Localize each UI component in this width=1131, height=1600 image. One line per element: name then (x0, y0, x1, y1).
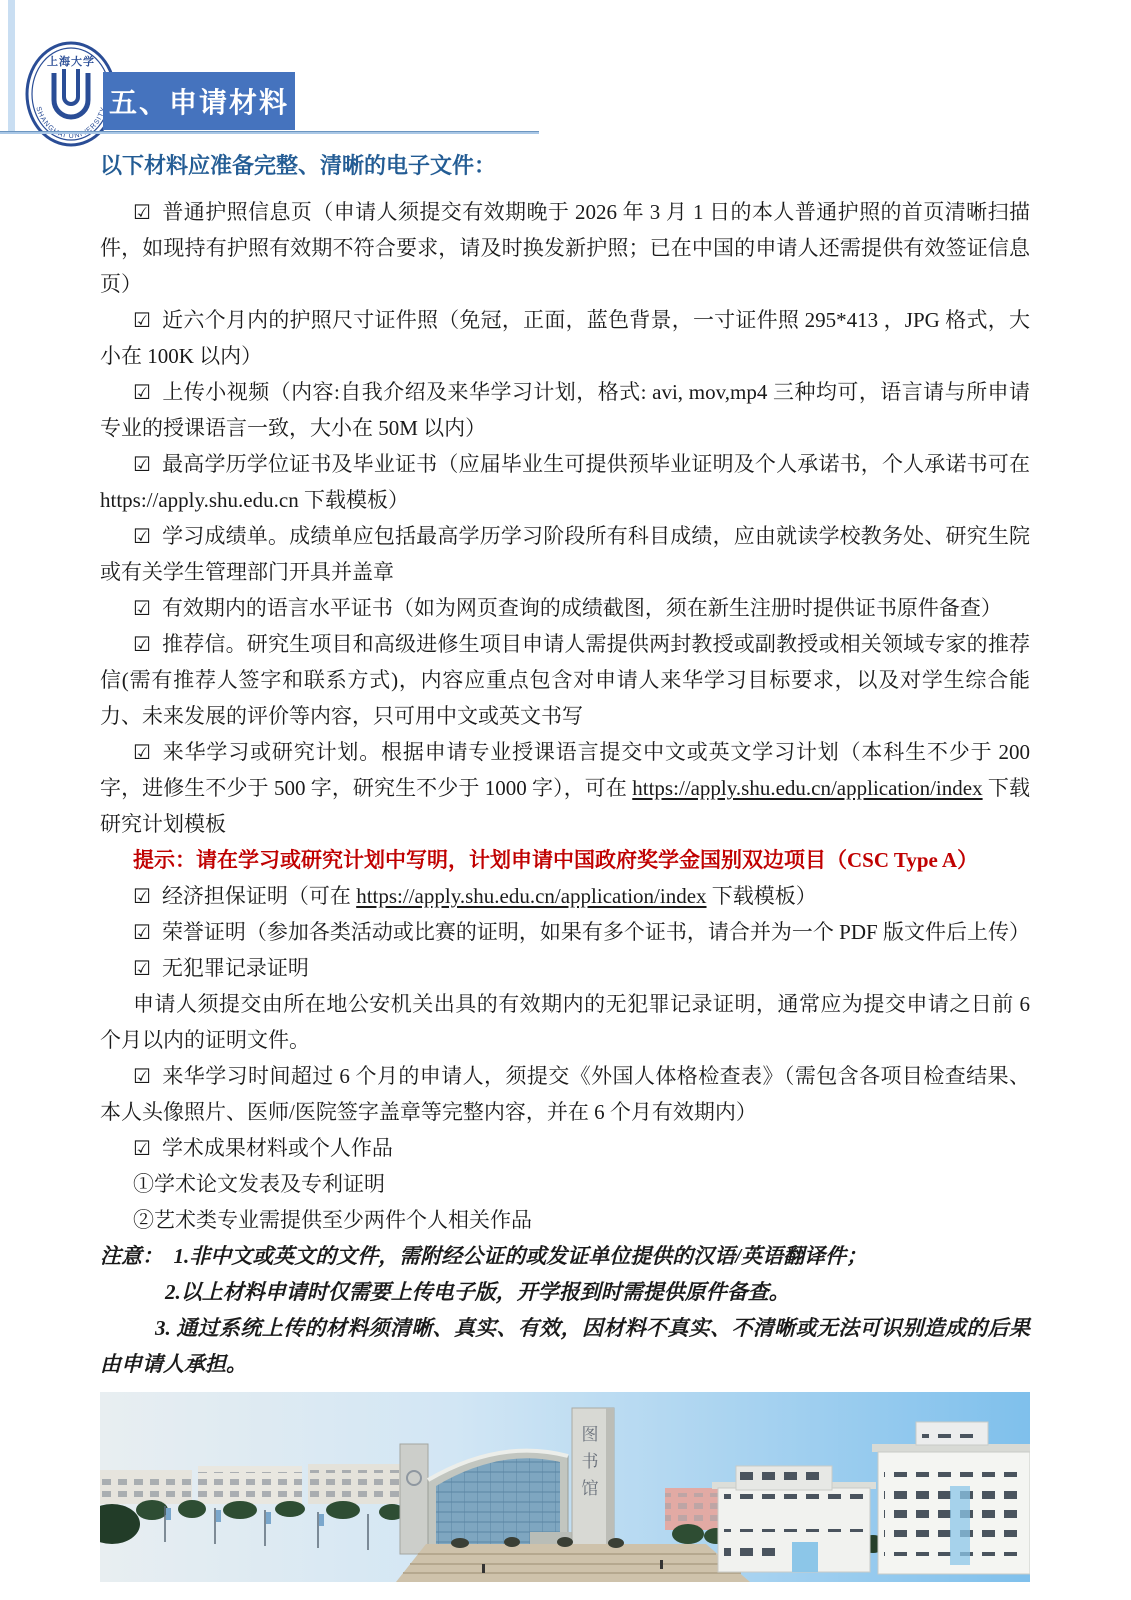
sub-item: ①学术论文发表及专利证明 (100, 1166, 1030, 1202)
left-accent-bar (8, 0, 15, 131)
checkbox-icon: ☑ (133, 452, 151, 476)
checklist-item: ☑学习成绩单。成绩单应包括最高学历学习阶段所有科目成绩，应由就读学校教务处、研究… (100, 518, 1030, 590)
checkbox-icon: ☑ (133, 632, 151, 656)
document-page: 上海大学 SHANGHAI UNIVERSITY 五、申请材料 以下材料应准备完… (0, 0, 1131, 1600)
checklist-item: ☑来华学习或研究计划。根据申请专业授课语言提交中文或英文学习计划（本科生不少于 … (100, 734, 1030, 842)
note-paragraph: 申请人须提交由所在地公安机关出具的有效期内的无犯罪记录证明，通常应为提交申请之日… (100, 986, 1030, 1058)
checkbox-icon: ☑ (133, 920, 151, 944)
seal-top-text: 上海大学 (47, 54, 95, 68)
header-divider (0, 131, 539, 134)
checklist-item: ☑无犯罪记录证明 (100, 950, 1030, 986)
note-line: 2.以上材料申请时仅需要上传电子版，开学报到时需提供原件备查。 (100, 1274, 1030, 1310)
dorm-buildings-left (100, 1464, 426, 1504)
checklist-item: ☑来华学习时间超过 6 个月的申请人，须提交《外国人体格检查表》（需包含各项目检… (100, 1058, 1030, 1130)
notes-block: 注意： 1.非中文或英文的文件，需附经公证的或发证单位提供的汉语/英语翻译件；2… (100, 1238, 1030, 1382)
text-run: 申请人须提交由所在地公安机关出具的有效期内的无犯罪记录证明，通常应为提交申请之日… (100, 992, 1030, 1052)
checkbox-icon: ☑ (133, 956, 151, 980)
text-run: 有效期内的语言水平证书（如为网页查询的成绩截图，须在新生注册时提供证书原件备查） (162, 596, 1002, 620)
text-run: 推荐信。研究生项目和高级进修生项目申请人需提供两封教授或副教授或相关领域专家的推… (100, 632, 1030, 728)
checkbox-icon: ☑ (133, 308, 151, 332)
document-content: 以下材料应准备完整、清晰的电子文件： ☑普通护照信息页（申请人须提交有效期晚于 … (100, 148, 1030, 1382)
checkbox-icon: ☑ (133, 740, 151, 764)
checklist: ☑普通护照信息页（申请人须提交有效期晚于 2026 年 3 月 1 日的本人普通… (100, 194, 1030, 1238)
checklist-item: ☑近六个月内的护照尺寸证件照（免冠，正面，蓝色背景，一寸证件照 295*413 … (100, 302, 1030, 374)
text-run: 荣誉证明（参加各类活动或比赛的证明，如果有多个证书，请合并为一个 PDF 版文件… (162, 920, 1030, 944)
text-run: 学习成绩单。成绩单应包括最高学历学习阶段所有科目成绩，应由就读学校教务处、研究生… (100, 524, 1030, 584)
intro-heading: 以下材料应准备完整、清晰的电子文件： (100, 148, 1030, 184)
checkbox-icon: ☑ (133, 1064, 151, 1088)
checklist-item: ☑上传小视频（内容:自我介绍及来华学习计划，格式: avi, mov,mp4 三… (100, 374, 1030, 446)
text-run: 最高学历学位证书及毕业证书（应届毕业生可提供预毕业证明及个人承诺书，个人承诺书可… (100, 452, 1030, 512)
checkbox-icon: ☑ (133, 380, 151, 404)
checklist-item: ☑荣誉证明（参加各类活动或比赛的证明，如果有多个证书，请合并为一个 PDF 版文… (100, 914, 1030, 950)
url-link[interactable]: https://apply.shu.edu.cn/application/ind… (632, 776, 982, 800)
text-run: 来华学习时间超过 6 个月的申请人，须提交《外国人体格检查表》（需包含各项目检查… (100, 1064, 1030, 1124)
checklist-item: ☑推荐信。研究生项目和高级进修生项目申请人需提供两封教授或副教授或相关领域专家的… (100, 626, 1030, 734)
checkbox-icon: ☑ (133, 596, 151, 620)
campus-photo: 图书馆 (100, 1392, 1030, 1582)
section-title: 五、申请材料 (109, 81, 289, 121)
checkbox-icon: ☑ (133, 200, 151, 224)
url-link[interactable]: https://apply.shu.edu.cn/application/ind… (356, 884, 706, 908)
checkbox-icon: ☑ (133, 524, 151, 548)
library-sign-text: 图书馆 (582, 1425, 599, 1498)
tip-line: 提示：请在学习或研究计划中写明，计划申请中国政府奖学金国别双边项目（CSC Ty… (100, 842, 1030, 878)
text-run: 学术成果材料或个人作品 (162, 1136, 393, 1160)
checklist-item: ☑有效期内的语言水平证书（如为网页查询的成绩截图，须在新生注册时提供证书原件备查… (100, 590, 1030, 626)
text-run: ①学术论文发表及专利证明 (133, 1172, 385, 1196)
checklist-item: ☑普通护照信息页（申请人须提交有效期晚于 2026 年 3 月 1 日的本人普通… (100, 194, 1030, 302)
section-banner: 五、申请材料 (103, 72, 295, 130)
text-run: 普通护照信息页（申请人须提交有效期晚于 2026 年 3 月 1 日的本人普通护… (100, 200, 1030, 296)
checkbox-icon: ☑ (133, 1136, 151, 1160)
text-run: 上传小视频（内容:自我介绍及来华学习计划，格式: avi, mov,mp4 三种… (100, 380, 1030, 440)
sub-item: ②艺术类专业需提供至少两件个人相关作品 (100, 1202, 1030, 1238)
text-run: 无犯罪记录证明 (162, 956, 309, 980)
checklist-item: ☑最高学历学位证书及毕业证书（应届毕业生可提供预毕业证明及个人承诺书，个人承诺书… (100, 446, 1030, 518)
checklist-item: ☑学术成果材料或个人作品 (100, 1130, 1030, 1166)
text-run: 近六个月内的护照尺寸证件照（免冠，正面，蓝色背景，一寸证件照 295*413 ，… (100, 308, 1030, 368)
checkbox-icon: ☑ (133, 884, 151, 908)
note-line: 注意： 1.非中文或英文的文件，需附经公证的或发证单位提供的汉语/英语翻译件； (100, 1238, 1030, 1274)
text-run: 经济担保证明（可在 (162, 884, 356, 908)
text-run: 下载模板） (707, 884, 817, 908)
text-run: ②艺术类专业需提供至少两件个人相关作品 (133, 1208, 532, 1232)
checklist-item: ☑经济担保证明（可在 https://apply.shu.edu.cn/appl… (100, 878, 1030, 914)
text-run: 提示：请在学习或研究计划中写明，计划申请中国政府奖学金国别双边项目（CSC Ty… (133, 848, 978, 872)
note-line: 3. 通过系统上传的材料须清晰、真实、有效，因材料不真实、不清晰或无法可识别造成… (100, 1310, 1030, 1382)
campus-photo-illustration: 图书馆 (100, 1392, 1030, 1582)
